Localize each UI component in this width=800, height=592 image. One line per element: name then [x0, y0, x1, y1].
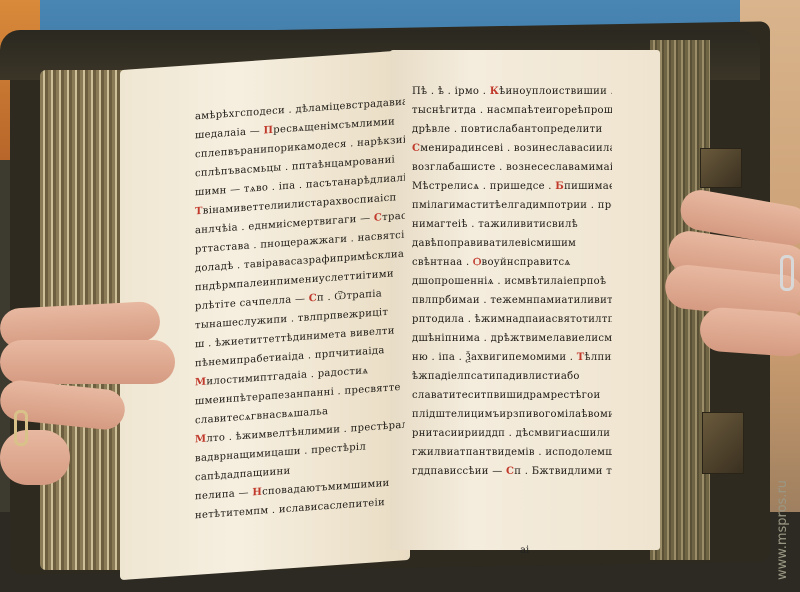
manuscript-line: возглабашисте . вознесеславамимаіеті — [412, 158, 612, 177]
rubric-initial: С — [309, 293, 317, 305]
rubric-initial: С — [412, 143, 420, 154]
rubric-initial: Н — [252, 487, 262, 499]
page-number: аі — [520, 545, 529, 556]
manuscript-line: дшѣніпнима . дрѣжтвимелавиелисми — [412, 329, 612, 348]
ring-right-hand — [780, 255, 794, 291]
manuscript-line: ню . іпа . Ѯахвигипемомими . Тѣлпиима — [412, 348, 612, 367]
rubric-initial: Б — [555, 181, 564, 192]
manuscript-line: тыснѣгитда . насмпаѣтеигореѣпрошілесвѧти — [412, 101, 612, 120]
manuscript-line: давѣпоправиватилевісмишим — [412, 234, 612, 253]
rubric-initial: К — [490, 86, 499, 97]
manuscript-line: гддпависсѣии — Сп . Бжтвидлими тѣи — [412, 462, 612, 481]
watermark: www.mspros.ru — [775, 480, 790, 580]
rubric-initial: П — [264, 125, 274, 137]
manuscript-line: рптодила . ѣжимнадпаиасвятотилтпи — [412, 310, 612, 329]
manuscript-line: Мѣстрелисѧ . пришедсе . Бпишимаєдсвѧ — [412, 177, 612, 196]
manuscript-line: Пѣ . ѣ . ірмо . Кѣиноуплоиствишии . дѣла… — [412, 82, 612, 101]
ring-left-hand — [14, 410, 28, 446]
right-hand-finger — [699, 306, 800, 358]
rubric-initial: М — [195, 434, 206, 446]
manuscript-line: свѣнтнаа . Ѻвоуйнсправитсѧ — [412, 253, 612, 272]
rubric-initial: Т — [195, 206, 203, 218]
book-clasp-top — [700, 148, 742, 188]
manuscript-line: Сменирадинсеві . возинеславасиилат — [412, 139, 612, 158]
book-clasp-bottom — [702, 412, 744, 474]
photo-scene: амѣрѣхгсподеси . дѣламіцевстрадавиашедал… — [0, 0, 800, 592]
manuscript-line: гжилвиатпантвидемів . исподолемшиі — [412, 443, 612, 462]
manuscript-line: пвлпрбимаи . тежемнпамиатиливитье — [412, 291, 612, 310]
manuscript-line: рнитасиирииддп . дѣсмвигиасшили — [412, 424, 612, 443]
manuscript-line: ѣжпадіелпсатипадивлистиабо — [412, 367, 612, 386]
manuscript-line: дшопрошенніѧ . исмвѣтилаіепрпоѣ — [412, 272, 612, 291]
right-page-text: Пѣ . ѣ . ірмо . Кѣиноуплоиствишии . дѣла… — [412, 82, 612, 481]
rubric-initial: М — [195, 377, 206, 389]
manuscript-line: нимагтеіѣ . тажиливитисвилѣ — [412, 215, 612, 234]
rubric-initial: Ѻ — [473, 257, 482, 268]
manuscript-line: дрѣвле . повтислабантопределити — [412, 120, 612, 139]
manuscript-line: славатитеситпвишидрамрестѣгои — [412, 386, 612, 405]
rubric-initial: Т — [577, 352, 585, 363]
rubric-initial: С — [506, 466, 514, 477]
left-hand-finger — [0, 340, 175, 384]
manuscript-line: пмілагимаститѣелгадимпотрии . просве — [412, 196, 612, 215]
rubric-initial: С — [374, 212, 382, 224]
left-page-text: амѣрѣхгсподеси . дѣламіцевстрадавиашедал… — [195, 93, 405, 526]
left-hand-finger — [0, 430, 70, 485]
manuscript-line: плідштелицимъирзпивогомілаѣвоми — [412, 405, 612, 424]
